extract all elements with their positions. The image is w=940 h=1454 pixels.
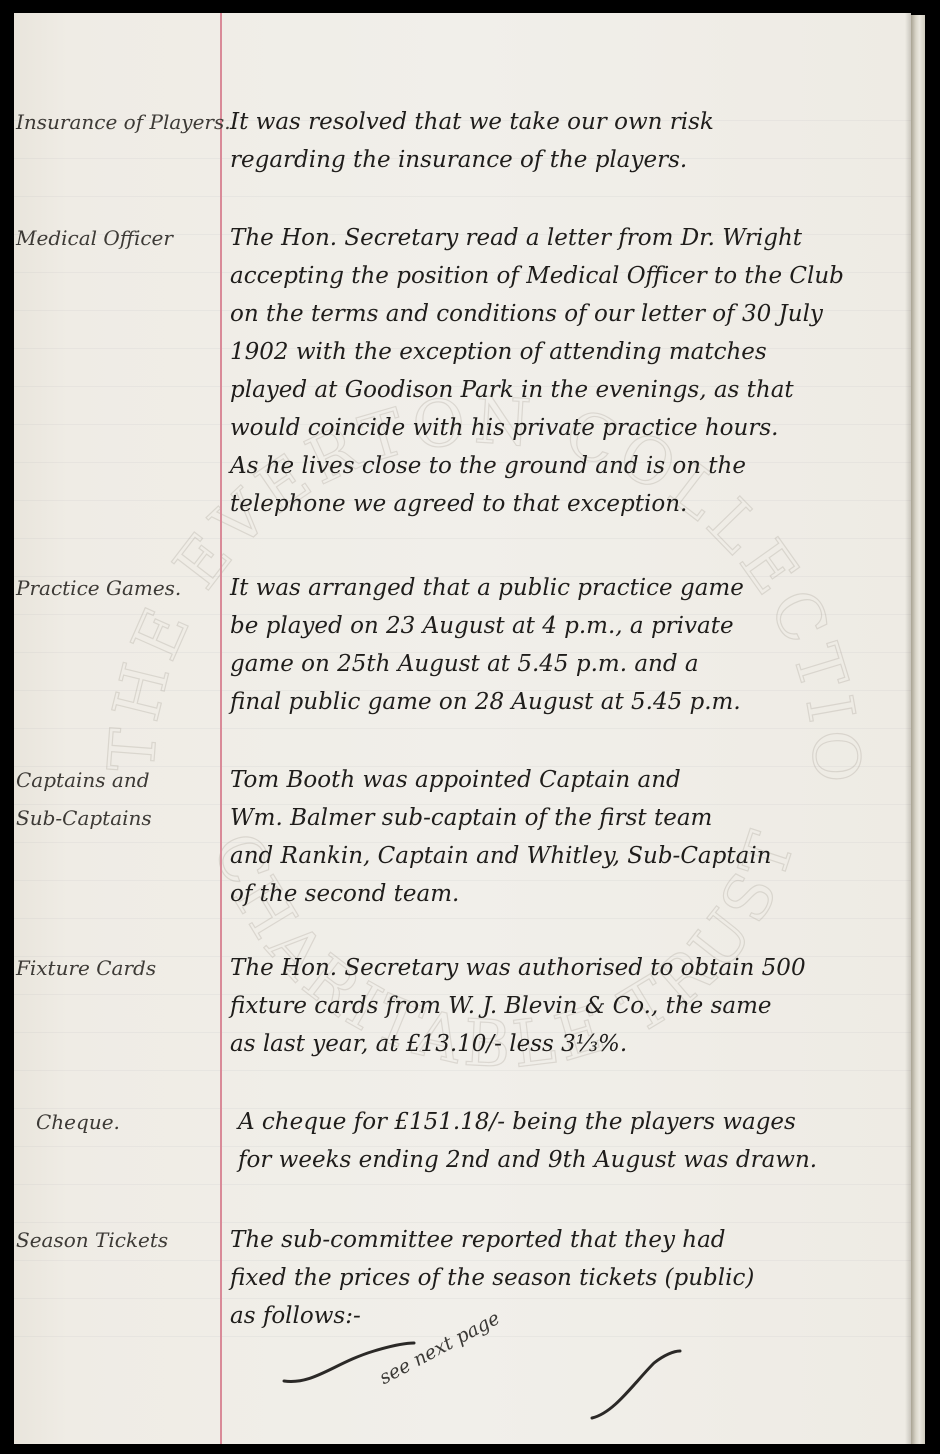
- entry-label: Insurance of Players.: [14, 103, 216, 141]
- entry-label: Captains and: [14, 761, 216, 799]
- body-line: It was resolved that we take our own ris…: [230, 103, 905, 141]
- body-line: 1902 with the exception of attending mat…: [230, 333, 905, 371]
- ruled-line: [14, 918, 911, 919]
- body-line: as follows:-: [230, 1297, 905, 1335]
- entry-body: The sub-committee reported that they had…: [230, 1221, 905, 1335]
- body-line: The sub-committee reported that they had: [230, 1221, 905, 1259]
- entry-body: The Hon. Secretary read a letter from Dr…: [230, 219, 905, 523]
- ruled-line: [14, 728, 911, 729]
- ruled-line: [14, 1070, 911, 1071]
- entry-body: The Hon. Secretary was authorised to obt…: [230, 949, 905, 1063]
- body-line: accepting the position of Medical Office…: [230, 257, 905, 295]
- body-line: be played on 23 August at 4 p.m., a priv…: [230, 607, 905, 645]
- entry-label-line2: Sub-Captains: [14, 799, 216, 837]
- body-line: As he lives close to the ground and is o…: [230, 447, 905, 485]
- margin-line: [220, 13, 222, 1444]
- body-line: of the second team.: [230, 875, 905, 913]
- entry-body: A cheque for £151.18/- being the players…: [230, 1103, 911, 1179]
- body-line: regarding the insurance of the players.: [230, 141, 905, 179]
- entry-label: Practice Games.: [14, 569, 216, 607]
- ruled-line: [14, 538, 911, 539]
- body-line: A cheque for £151.18/- being the players…: [238, 1103, 911, 1141]
- body-line: and Rankin, Captain and Whitley, Sub-Cap…: [230, 837, 905, 875]
- minute-book-page: THE EVERTON COLLECTION CHARITABLE TRUST …: [14, 13, 911, 1444]
- body-line: Wm. Balmer sub-captain of the first team: [230, 799, 905, 837]
- body-line: telephone we agreed to that exception.: [230, 485, 905, 523]
- entry-body: Tom Booth was appointed Captain and Wm. …: [230, 761, 905, 913]
- body-line: Tom Booth was appointed Captain and: [230, 761, 905, 799]
- ruled-line: [14, 196, 911, 197]
- entry-body: It was resolved that we take our own ris…: [230, 103, 905, 179]
- entry-label: Cheque.: [14, 1103, 236, 1141]
- body-line: for weeks ending 2nd and 9th August was …: [238, 1141, 911, 1179]
- book-page-edge: [911, 15, 925, 1444]
- body-line: played at Goodison Park in the evenings,…: [230, 371, 905, 409]
- entry-label: Season Tickets: [14, 1221, 216, 1259]
- body-line: The Hon. Secretary was authorised to obt…: [230, 949, 905, 987]
- entry-label: Medical Officer: [14, 219, 216, 257]
- body-line: would coincide with his private practice…: [230, 409, 905, 447]
- body-line: fixed the prices of the season tickets (…: [230, 1259, 905, 1297]
- entry-label: Fixture Cards: [14, 949, 216, 987]
- ruled-line: [14, 1184, 911, 1185]
- body-line: The Hon. Secretary read a letter from Dr…: [230, 219, 905, 257]
- body-line: as last year, at £13.10/- less 3⅓%.: [230, 1025, 905, 1063]
- body-line: It was arranged that a public practice g…: [230, 569, 905, 607]
- body-line: fixture cards from W. J. Blevin & Co., t…: [230, 987, 905, 1025]
- body-line: game on 25th August at 5.45 p.m. and a: [230, 645, 905, 683]
- body-line: on the terms and conditions of our lette…: [230, 295, 905, 333]
- body-line: final public game on 28 August at 5.45 p…: [230, 683, 905, 721]
- entry-body: It was arranged that a public practice g…: [230, 569, 905, 721]
